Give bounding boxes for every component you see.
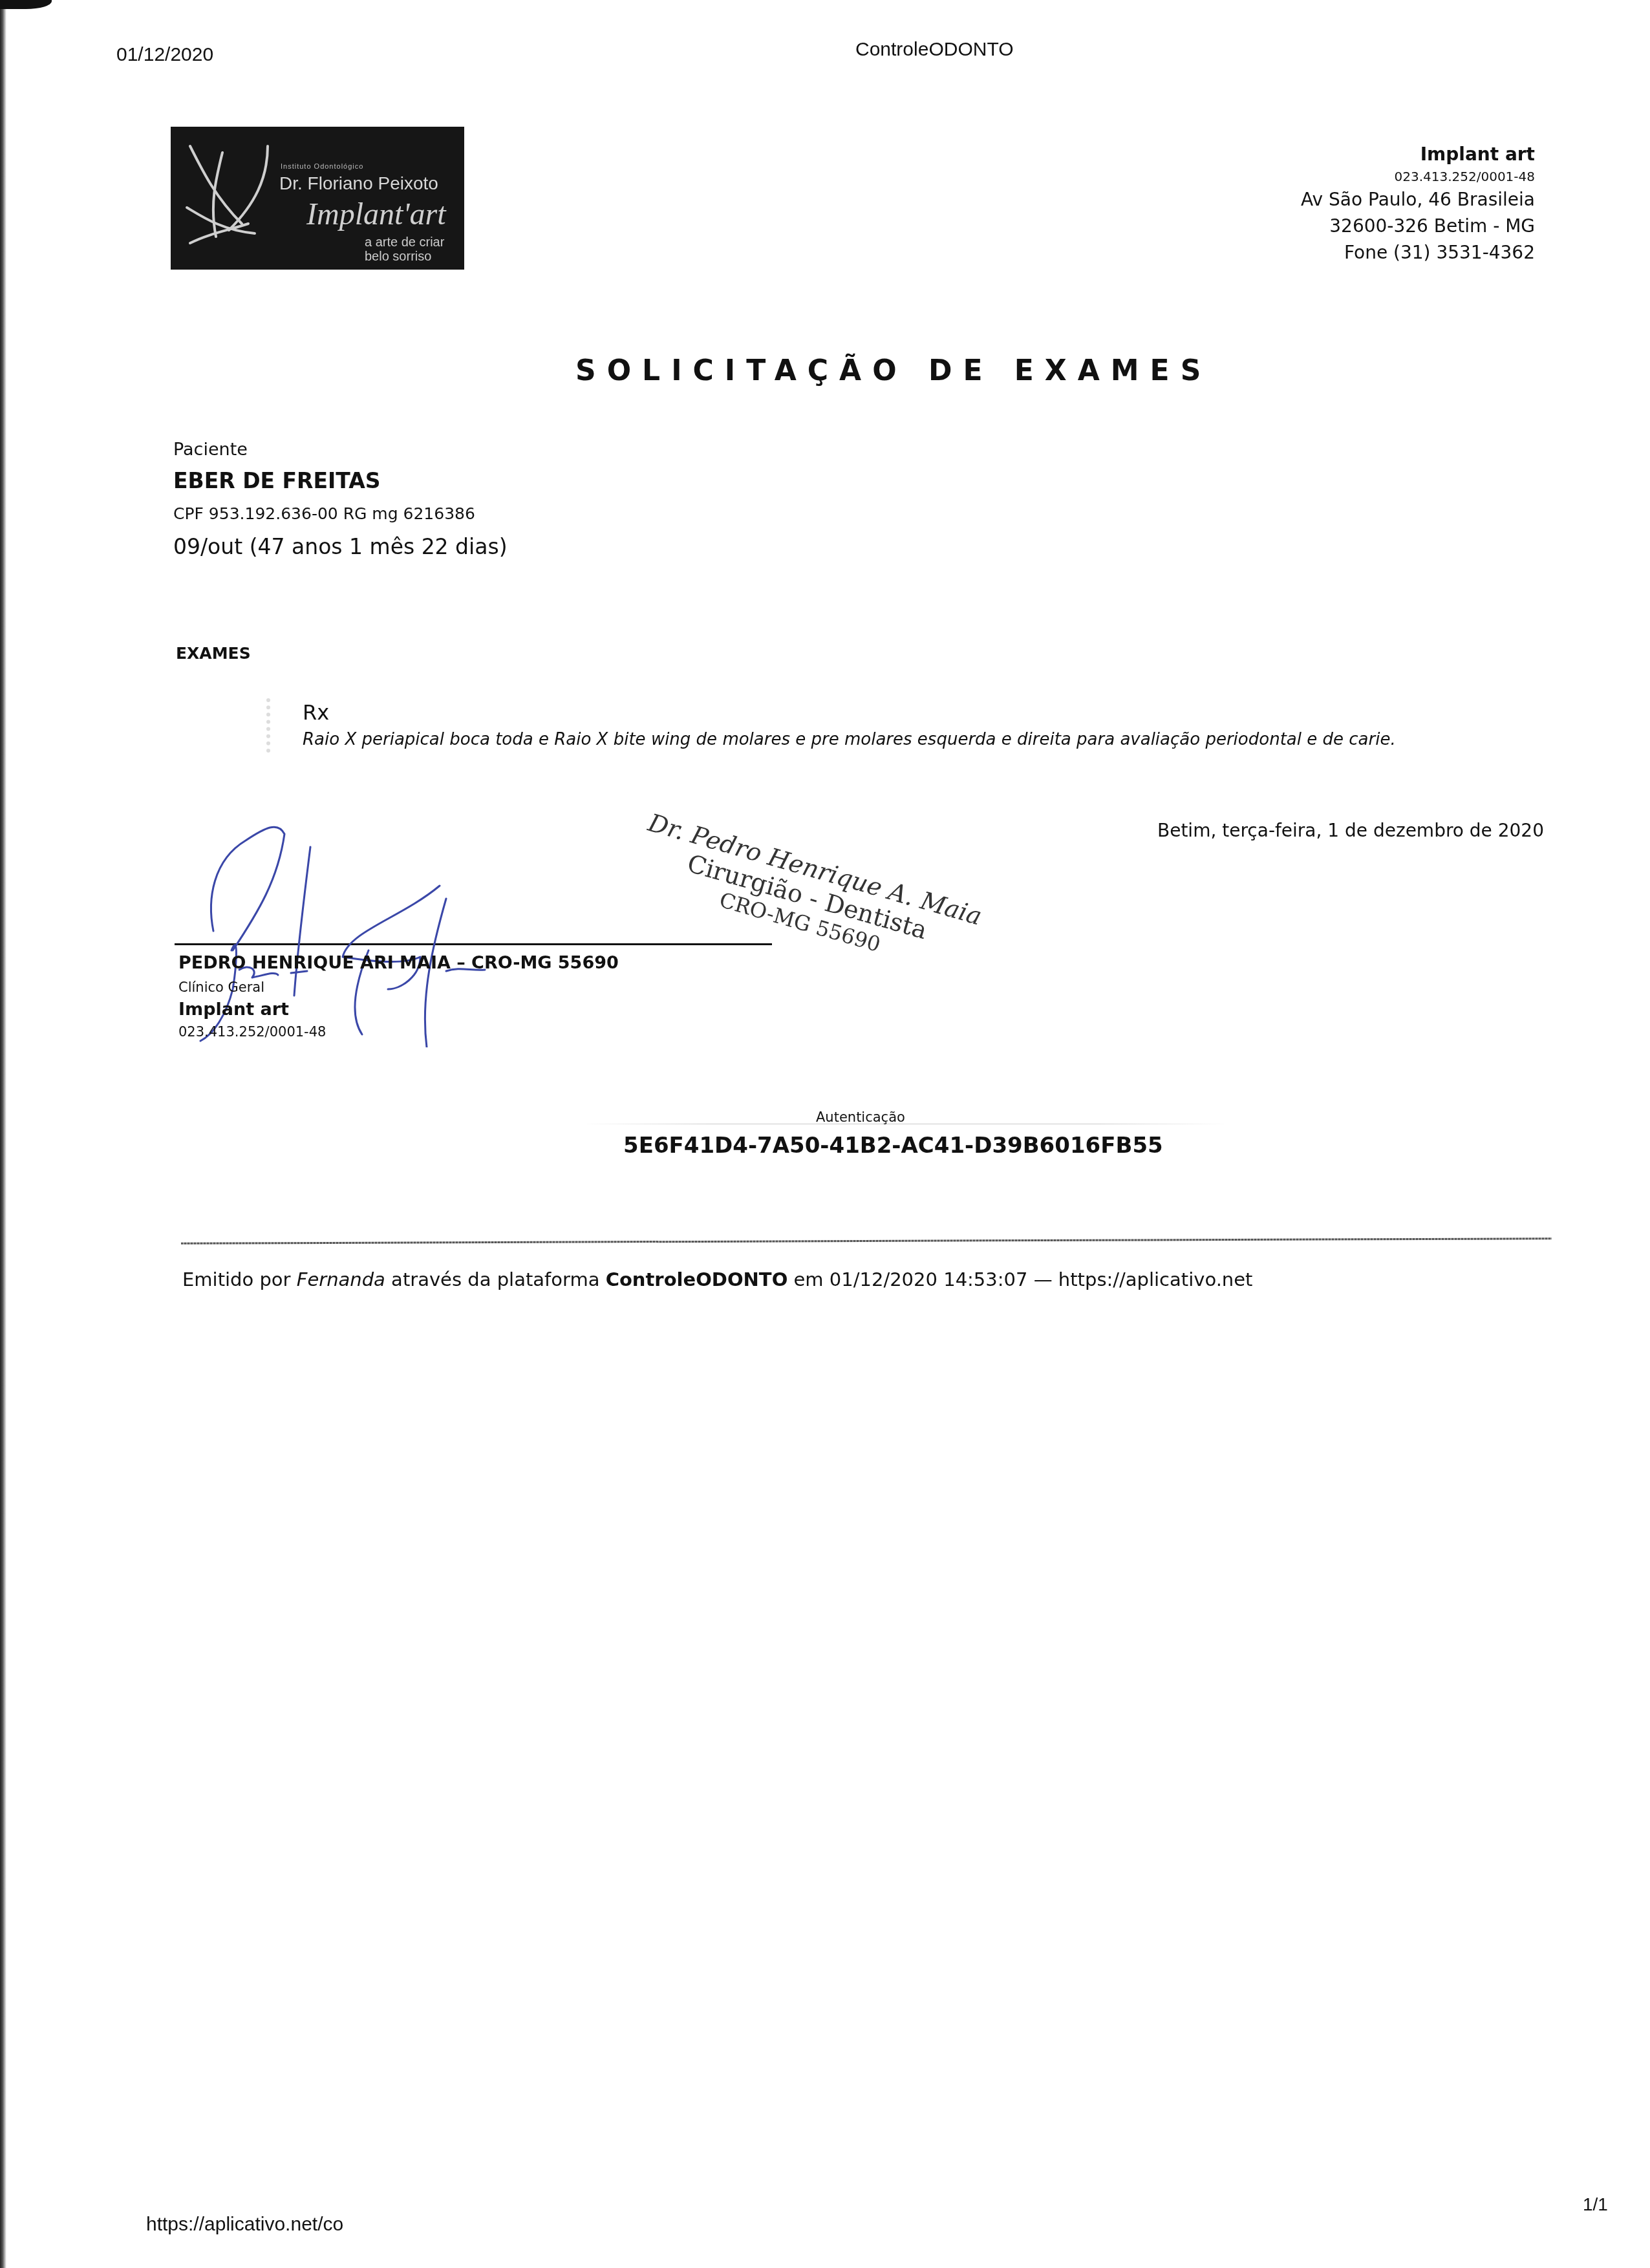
authentication-rule [582, 1124, 1228, 1124]
issued-platform: ControleODONTO [606, 1268, 788, 1290]
print-footer-url: https://aplicativo.net/co [146, 2214, 343, 2236]
city-date: Betim, terça-feira, 1 de dezembro de 202… [1157, 820, 1544, 841]
scan-corner [0, 0, 52, 9]
signer-cnpj: 023.413.252/0001-48 [178, 1022, 619, 1042]
logo-doctor-name: Dr. Floriano Peixoto [279, 173, 438, 194]
doctor-stamp: Dr. Pedro Henrique A. Maia Cirurgião - D… [630, 808, 985, 981]
logo-tagline-2: belo sorriso [365, 250, 431, 264]
print-header-title: ControleODONTO [855, 39, 1014, 61]
document-title: SOLICITAÇÃO DE EXAMES [575, 354, 1212, 387]
exam-description: Raio X periapical boca toda e Raio X bit… [303, 727, 1396, 753]
clinic-address: Av São Paulo, 46 Brasileia [1301, 186, 1535, 213]
issued-prefix: Emitido por [182, 1268, 291, 1290]
exam-item: Rx Raio X periapical boca toda e Raio X … [266, 698, 1396, 753]
print-header-date: 01/12/2020 [116, 44, 213, 66]
issued-user: Fernanda [297, 1268, 385, 1290]
patient-ids: CPF 953.192.636-00 RG mg 6216386 [173, 499, 508, 529]
print-footer-page: 1/1 [1583, 2194, 1608, 2215]
issued-middle: através da plataforma [391, 1268, 599, 1290]
clinic-info: Implant art 023.413.252/0001-48 Av São P… [1301, 142, 1535, 266]
authentication-code: 5E6F41D4-7A50-41B2-AC41-D39B6016FB55 [623, 1133, 1163, 1159]
scan-border [0, 0, 6, 2268]
clinic-cnpj: 023.413.252/0001-48 [1301, 167, 1535, 186]
patient-block: Paciente EBER DE FREITAS CPF 953.192.636… [173, 437, 508, 565]
patient-label: Paciente [173, 437, 508, 463]
patient-name: EBER DE FREITAS [173, 463, 508, 499]
footer-divider [181, 1237, 1552, 1244]
signer-name: PEDRO HENRIQUE ARI MAIA – CRO-MG 55690 [178, 950, 619, 976]
logo-small-text: Instituto Odontológico [281, 163, 363, 171]
exam-name: Rx [303, 698, 1396, 727]
exams-label: EXAMES [176, 644, 251, 663]
clinic-name: Implant art [1301, 142, 1535, 167]
clinic-phone: Fone (31) 3531-4362 [1301, 239, 1535, 266]
logo-tagline-1: a arte de criar [365, 235, 444, 250]
signer-org: Implant art [178, 998, 619, 1022]
clinic-logo: Instituto Odontológico Dr. Floriano Peix… [171, 127, 464, 270]
logo-brand: Implant'art [306, 197, 446, 232]
patient-birth-age: 09/out (47 anos 1 mês 22 dias) [173, 529, 508, 565]
signer-role: Clínico Geral [178, 976, 619, 998]
clinic-city: 32600-326 Betim - MG [1301, 213, 1535, 239]
issued-suffix: em 01/12/2020 14:53:07 — https://aplicat… [794, 1268, 1253, 1290]
authentication-label: Autenticação [816, 1109, 905, 1125]
issued-by-text: Emitido por Fernanda através da platafor… [182, 1268, 1252, 1290]
signer-block: PEDRO HENRIQUE ARI MAIA – CRO-MG 55690 C… [178, 950, 619, 1042]
